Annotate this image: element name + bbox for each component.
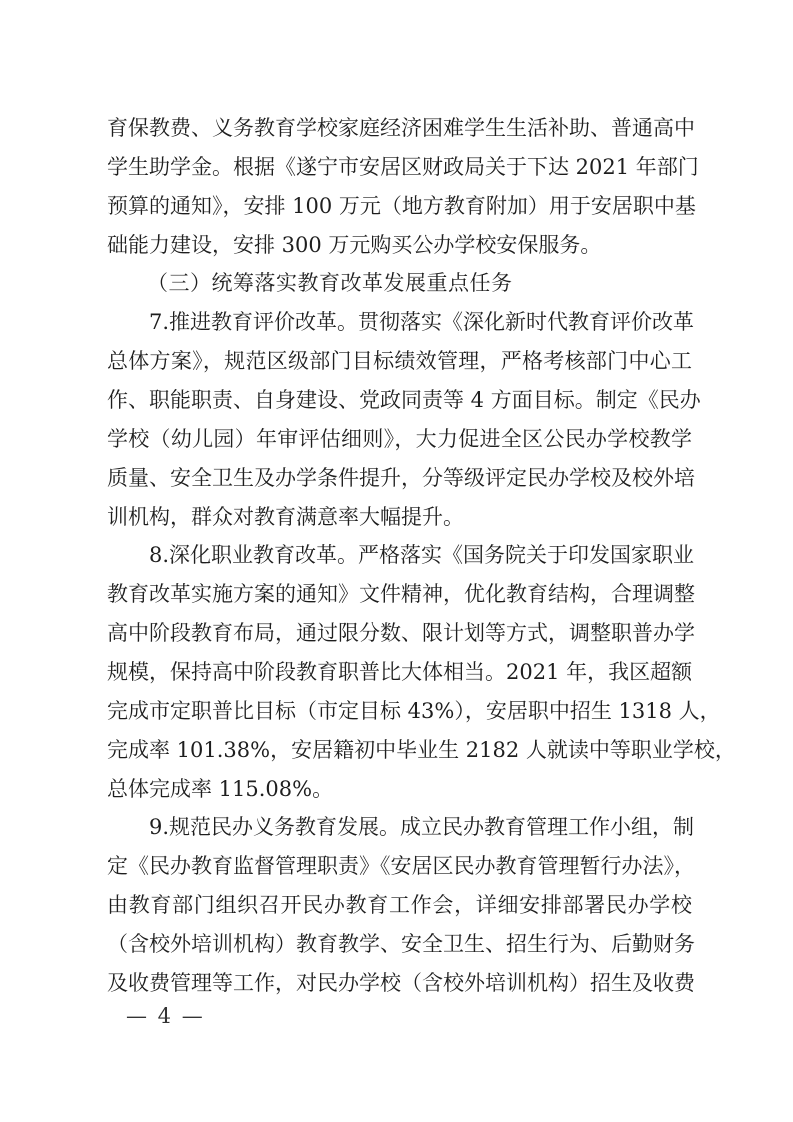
paragraph-line: 质量、安全卫生及办学条件提升，分等级评定民办学校及校外培 <box>107 459 692 498</box>
paragraph-line: 及收费管理等工作，对民办学校（含校外培训机构）招生及收费 <box>107 964 692 1003</box>
paragraph-line: 育保教费、义务教育学校家庭经济困难学生生活补助、普通高中 <box>107 109 692 148</box>
paragraph-line: 高中阶段教育布局，通过限分数、限计划等方式，调整职普办学 <box>107 614 692 653</box>
paragraph-line: 总体方案》，规范区级部门目标绩效管理，严格考核部门中心工 <box>107 342 692 381</box>
paragraph-line: 学生助学金。根据《遂宁市安居区财政局关于下达 2021 年部门 <box>107 148 692 187</box>
page-number: — 4 — <box>126 1003 205 1029</box>
paragraph-line: 8.深化职业教育改革。严格落实《国务院关于印发国家职业 <box>107 536 692 575</box>
paragraph-line: 定《民办教育监督管理职责》《安居区民办教育管理暂行办法》， <box>107 847 692 886</box>
paragraph-line: 9.规范民办义务教育发展。成立民办教育管理工作小组，制 <box>107 808 692 847</box>
paragraph-line: 训机构，群众对教育满意率大幅提升。 <box>107 498 692 537</box>
paragraph-line: 预算的通知》，安排 100 万元（地方教育附加）用于安居职中基 <box>107 187 692 226</box>
paragraph-line: 作、职能职责、自身建设、党政同责等 4 方面目标。制定《民办 <box>107 381 692 420</box>
section-heading: （三）统筹落实教育改革发展重点任务 <box>107 264 692 303</box>
paragraph-line: 7.推进教育评价改革。贯彻落实《深化新时代教育评价改革 <box>107 303 692 342</box>
paragraph-line: （含校外培训机构）教育教学、安全卫生、招生行为、后勤财务 <box>107 925 692 964</box>
paragraph-line: 础能力建设，安排 300 万元购买公办学校安保服务。 <box>107 226 692 265</box>
document-page: 育保教费、义务教育学校家庭经济困难学生生活补助、普通高中 学生助学金。根据《遂宁… <box>0 0 793 1122</box>
paragraph-line: 完成率 101.38%，安居籍初中毕业生 2182 人就读中等职业学校， <box>107 731 692 770</box>
paragraph-line: 由教育部门组织召开民办教育工作会，详细安排部署民办学校 <box>107 886 692 925</box>
paragraph-line: 完成市定职普比目标（市定目标 43%），安居职中招生 1318 人， <box>107 692 692 731</box>
paragraph-line: 学校（幼儿园）年审评估细则》，大力促进全区公民办学校教学 <box>107 420 692 459</box>
paragraph-line: 规模，保持高中阶段教育职普比大体相当。2021 年，我区超额 <box>107 653 692 692</box>
paragraph-line: 教育改革实施方案的通知》文件精神，优化教育结构，合理调整 <box>107 575 692 614</box>
paragraph-line: 总体完成率 115.08%。 <box>107 770 692 809</box>
body-text: 育保教费、义务教育学校家庭经济困难学生生活补助、普通高中 学生助学金。根据《遂宁… <box>107 109 692 1003</box>
